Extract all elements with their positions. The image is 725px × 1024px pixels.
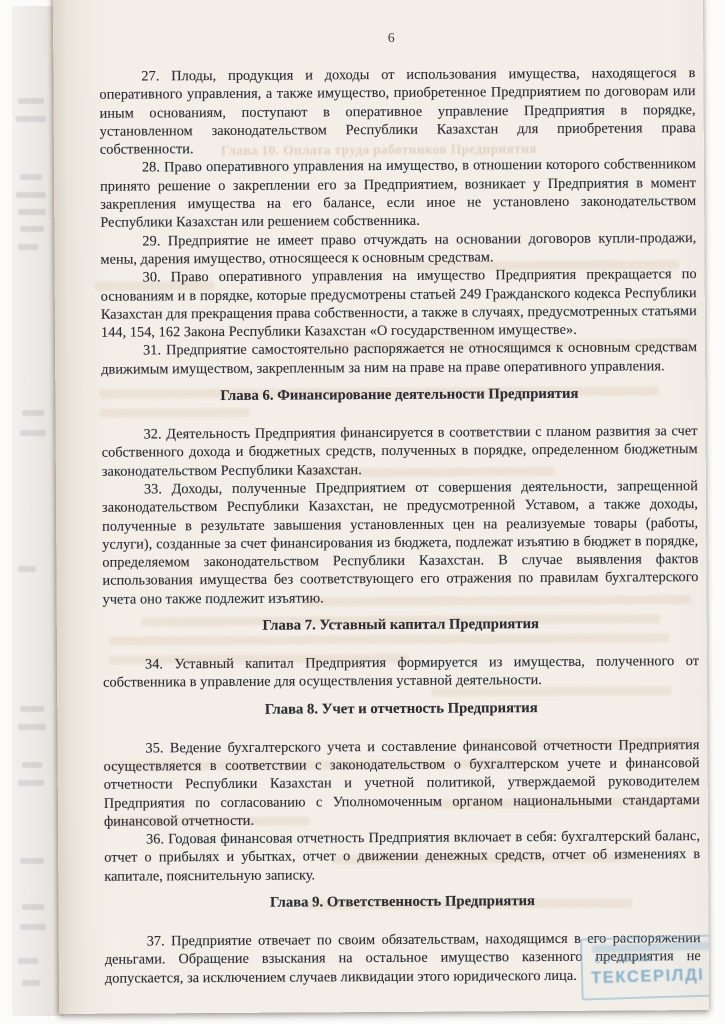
edge-print-fragment: [20, 174, 42, 180]
page-number: 6: [99, 28, 683, 48]
edge-print-fragment: [22, 904, 44, 910]
paragraph: 33. Доходы, полученные Предприятием от с…: [102, 477, 699, 609]
edge-print-fragment: [22, 980, 40, 986]
paragraph: 34. Уставный капитал Предприятия формиру…: [103, 652, 699, 692]
paragraph: 32. Деятельность Предприятия финансирует…: [102, 422, 698, 481]
edge-print-fragment: [20, 924, 46, 930]
edge-print-fragment: [20, 430, 46, 436]
stamp-department-line: СТР БӨЛІМІ: [594, 951, 709, 965]
edge-print-fragment: [22, 762, 42, 768]
document-sheet: Глава 10. Оплата труда работников Предпр…: [53, 0, 709, 1014]
edge-print-fragment: [18, 724, 46, 730]
page-content: 6 27. Плоды, продукция и доходы от испол…: [99, 28, 701, 987]
chapter-heading: Глава 7. Уставный капитал Предприятия: [103, 614, 699, 636]
edge-print-fragment: [16, 116, 46, 122]
chapter-heading: Глава 9. Ответственность Предприятия: [104, 891, 700, 913]
chapter-heading: Глава 6. Финансирование деятельности Пре…: [101, 384, 697, 406]
edge-print-fragment: [20, 858, 44, 864]
stamp-checked-label: ТЕКСЕРІЛДІ: [591, 965, 709, 988]
verification-stamp: СТР БӨЛІМІ ТЕКСЕРІЛДІ: [580, 934, 709, 1000]
edge-print-fragment: [18, 780, 44, 786]
edge-print-fragment: [20, 226, 44, 232]
scanned-document: Глава 10. Оплата труда работников Предпр…: [0, 0, 725, 1024]
edge-print-fragment: [16, 192, 46, 198]
edge-print-fragment: [20, 706, 44, 712]
paragraph: 27. Плоды, продукция и доходы от использ…: [99, 64, 696, 159]
paragraph: 30. Право оперативного управления на иму…: [101, 265, 697, 342]
edge-print-fragment: [22, 410, 44, 416]
paragraph: 29. Предприятие не имеет право отчуждать…: [100, 229, 696, 269]
paragraph: 36. Годовая финансовая отчетность Предпр…: [104, 827, 700, 886]
paragraph: 35. Ведение бухгалтерского учета и соста…: [103, 736, 700, 831]
document-text: 27. Плоды, продукция и доходы от использ…: [99, 64, 701, 987]
paragraph: 28. Право оперативного управления на иму…: [100, 156, 696, 233]
edge-print-fragment: [18, 209, 46, 215]
chapter-heading: Глава 8. Учет и отчетность Предприятия: [103, 698, 699, 720]
edge-print-fragment: [18, 566, 36, 572]
edge-print-fragment: [18, 958, 38, 964]
edge-print-fragment: [18, 98, 44, 104]
paragraph: 31. Предприятие самостоятельно распоряжа…: [101, 339, 697, 379]
edge-print-fragment: [18, 244, 38, 250]
